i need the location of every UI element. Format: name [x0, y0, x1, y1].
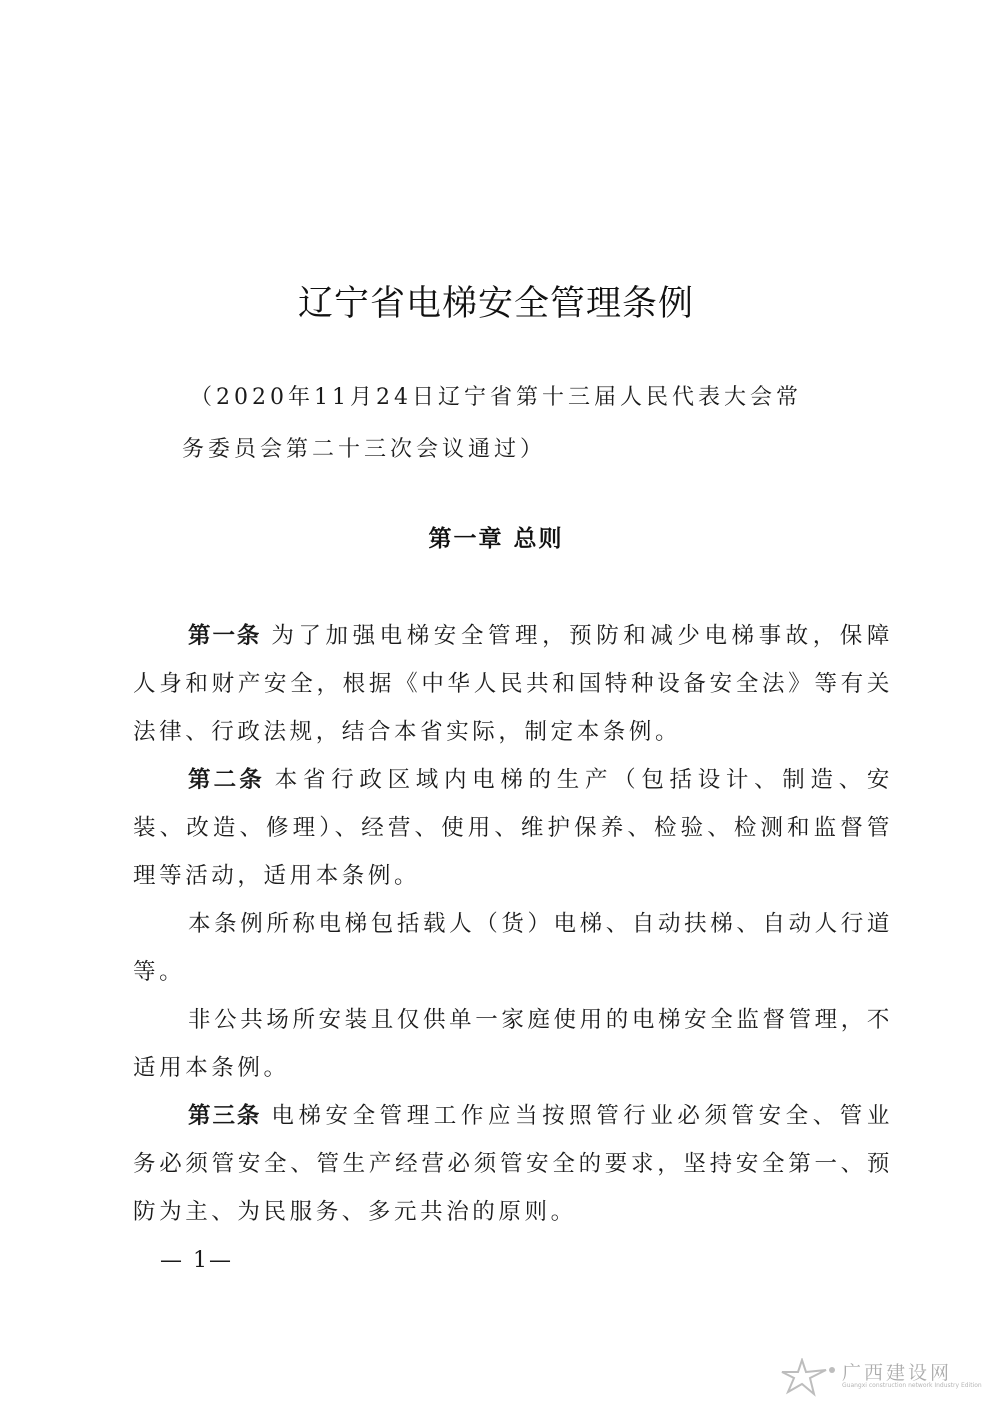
paragraph-text: 本条例所称电梯包括载人（货）电梯、自动扶梯、自动人行道等。	[133, 911, 893, 985]
page-number: — 1—	[160, 1248, 233, 1273]
article-label: 第一条	[188, 623, 261, 649]
paragraph: 非公共场所安装且仅供单一家庭使用的电梯安全监督管理，不适用本条例。	[133, 996, 893, 1092]
article-label: 第二条	[188, 767, 265, 793]
watermark-subtitle: Guangxi construction network Industry Ed…	[842, 1382, 982, 1389]
watermark: 广西建设网 Guangxi construction network Indus…	[780, 1358, 990, 1398]
paragraph: 本条例所称电梯包括载人（货）电梯、自动扶梯、自动人行道等。	[133, 900, 893, 996]
document-body: 第一条为了加强电梯安全管理，预防和减少电梯事故，保障人身和财产安全，根据《中华人…	[133, 612, 893, 1236]
adoption-note-line2: 务委员会第二十三次会议通过）	[182, 424, 830, 476]
paragraph-article-2: 第二条本省行政区域内电梯的生产（包括设计、制造、安装、改造、修理）、经营、使用、…	[133, 756, 893, 900]
adoption-note-line1: （2020年11月24日辽宁省第十三届人民代表大会常	[190, 385, 802, 410]
paragraph-article-1: 第一条为了加强电梯安全管理，预防和减少电梯事故，保障人身和财产安全，根据《中华人…	[133, 612, 893, 756]
chapter-heading: 第一章 总则	[0, 520, 992, 553]
star-logo-icon	[780, 1358, 838, 1398]
paragraph-text: 非公共场所安装且仅供单一家庭使用的电梯安全监督管理，不适用本条例。	[133, 1007, 893, 1081]
paragraph-article-3: 第三条电梯安全管理工作应当按照管行业必须管安全、管业务必须管安全、管生产经营必须…	[133, 1092, 893, 1236]
document-title: 辽宁省电梯安全管理条例	[0, 276, 992, 326]
watermark-name: 广西建设网	[842, 1358, 952, 1385]
article-label: 第三条	[188, 1103, 261, 1129]
adoption-note: （2020年11月24日辽宁省第十三届人民代表大会常 务委员会第二十三次会议通过…	[190, 372, 830, 476]
